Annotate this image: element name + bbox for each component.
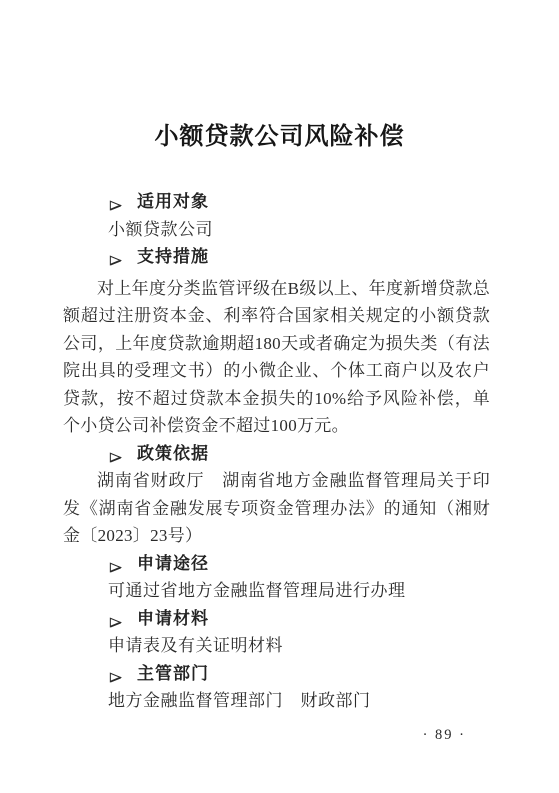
section-heading: 政策依据 [108,440,490,468]
page-number: · 89 · [423,727,466,744]
section-body-text: 对上年度分类监管评级在B级以上、年度新增贷款总额超过注册资本金、利率符合国家相关… [63,275,490,440]
section-body-text: 湖南省财政厅 湖南省地方金融监督管理局关于印发《湖南省金融发展专项资金管理办法》… [63,467,490,550]
arrowhead-right-icon [108,249,123,264]
arrowhead-right-icon [108,556,123,571]
document-page: 小额贷款公司风险补偿 适用对象 小额贷款公司 [0,0,559,793]
arrowhead-right-icon [108,611,123,626]
section-heading: 申请途径 [108,550,490,578]
section-heading-label: 主管部门 [137,660,209,688]
section-application-materials: 申请材料 申请表及有关证明材料 [63,605,490,660]
section-body-text: 小额贷款公司 [108,216,490,244]
section-support-measures: 支持措施 对上年度分类监管评级在B级以上、年度新增贷款总额超过注册资本金、利率符… [63,243,490,440]
section-competent-departments: 主管部门 地方金融监督管理部门 财政部门 [63,660,490,715]
section-heading: 适用对象 [108,188,490,216]
arrowhead-right-icon [108,666,123,681]
section-policy-basis: 政策依据 湖南省财政厅 湖南省地方金融监督管理局关于印发《湖南省金融发展专项资金… [63,440,490,550]
section-heading-label: 适用对象 [137,188,209,216]
section-heading: 支持措施 [108,243,490,271]
section-applicable-object: 适用对象 小额贷款公司 [63,188,490,243]
section-application-channel: 申请途径 可通过省地方金融监督管理局进行办理 [63,550,490,605]
arrowhead-right-icon [108,194,123,209]
page-content: 适用对象 小额贷款公司 支持措施 对上年度分类监管评级在B级以上、年度新增贷款总… [63,188,490,715]
section-heading: 申请材料 [108,605,490,633]
section-body-text: 地方金融监督管理部门 财政部门 [108,687,490,715]
section-body-text: 可通过省地方金融监督管理局进行办理 [108,577,490,605]
section-heading-label: 申请途径 [137,550,209,578]
section-heading-label: 申请材料 [137,605,209,633]
section-heading: 主管部门 [108,660,490,688]
arrowhead-right-icon [108,446,123,461]
section-heading-label: 支持措施 [137,243,209,271]
section-body-text: 申请表及有关证明材料 [108,632,490,660]
page-title: 小额贷款公司风险补偿 [0,122,559,152]
section-heading-label: 政策依据 [137,440,209,468]
